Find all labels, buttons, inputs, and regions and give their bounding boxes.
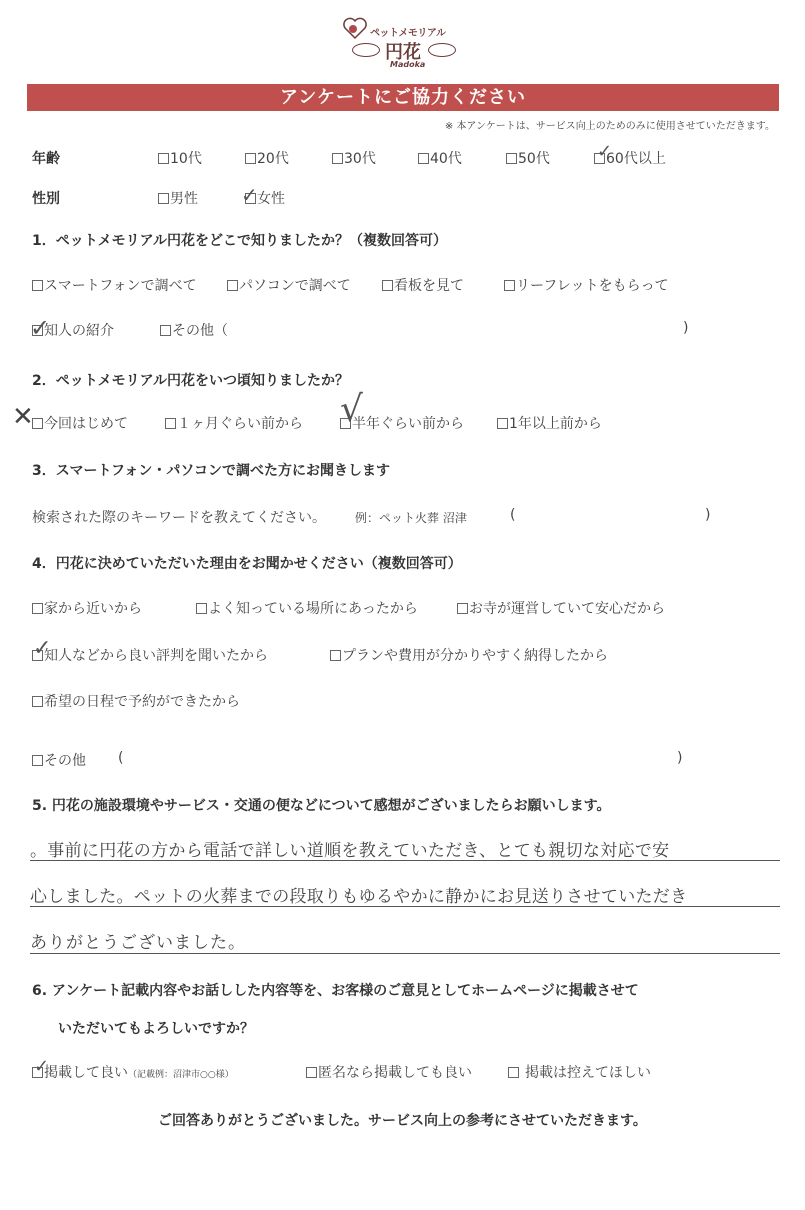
question-5-title: 5. 円花の施設環境やサービス・交通の便などについて感想がございましたらお願いし… <box>32 795 611 815</box>
checkbox[interactable] <box>330 650 341 661</box>
checkbox[interactable] <box>32 280 43 291</box>
handwritten-check-icon: ✓ <box>34 1058 49 1076</box>
q1-other-close-paren: ) <box>683 320 688 336</box>
checkbox[interactable] <box>32 755 43 766</box>
question-3-title: 3．スマートフォン・パソコンで調べた方にお聞きします <box>32 460 390 480</box>
checkbox[interactable] <box>196 603 207 614</box>
handwritten-check-icon: ✓ <box>597 143 612 161</box>
age-option-30s[interactable]: 30代 <box>332 148 376 168</box>
q2-option-1-month[interactable]: １ヶ月ぐらい前から <box>165 413 303 433</box>
q1-option-other[interactable]: その他（ <box>160 320 228 340</box>
checkbox[interactable] <box>158 193 169 204</box>
q1-option-smartphone[interactable]: スマートフォンで調べて <box>32 275 197 295</box>
q4-option-other[interactable]: その他 <box>32 750 86 770</box>
checkbox[interactable] <box>497 418 508 429</box>
age-label: 年齢 <box>32 148 60 168</box>
brand-logo: ペットメモリアル 円花 Madoka <box>340 10 465 72</box>
brand-romaji: Madoka <box>390 60 425 69</box>
privacy-note: ※ 本アンケートは、サービス向上のためのみに使用させていただきます。 <box>445 117 775 132</box>
checkbox[interactable] <box>32 603 43 614</box>
question-6-title-line-1: 6. アンケート記載内容やお話しした内容等を、お客様のご意見としてホームページに… <box>32 980 639 1000</box>
handwritten-check-icon: ✓ <box>241 185 258 205</box>
q3-close-paren: ) <box>705 507 710 523</box>
ornament-left <box>352 43 380 57</box>
ornament-right <box>428 43 456 57</box>
checkbox[interactable] <box>504 280 515 291</box>
q1-option-leaflet[interactable]: リーフレットをもらって <box>504 275 669 295</box>
gender-option-male[interactable]: 男性 <box>158 188 198 208</box>
checkbox[interactable] <box>457 603 468 614</box>
cross-out-mark-icon: ✕ <box>12 404 34 430</box>
checkbox[interactable] <box>158 153 169 164</box>
q6-option-decline[interactable]: 掲載は控えてほしい <box>508 1062 651 1082</box>
handwritten-check-icon: √ <box>340 392 363 428</box>
q4-option-good-reputation[interactable]: 知人などから良い評判を聞いたから <box>32 645 268 665</box>
q4-option-near-home[interactable]: 家から近いから <box>32 598 142 618</box>
handwritten-answer-line-3: ありがとうございました。 <box>30 928 246 953</box>
question-6-title-line-2: いただいてもよろしいですか？ <box>58 1018 254 1038</box>
handwritten-check-icon: ✓ <box>30 316 50 340</box>
q1-option-pc[interactable]: パソコンで調べて <box>227 275 351 295</box>
answer-rule-line <box>30 860 780 861</box>
brand-subtitle: ペットメモリアル <box>370 24 446 39</box>
q6-option-anonymous-ok[interactable]: 匿名なら掲載しても良い <box>306 1062 472 1082</box>
q4-option-preferred-schedule[interactable]: 希望の日程で予約ができたから <box>32 691 240 711</box>
question-2-title: 2．ペットメモリアル円花をいつ頃知りましたか？ <box>32 370 349 390</box>
checkbox[interactable] <box>332 153 343 164</box>
checkbox[interactable] <box>245 153 256 164</box>
q3-prompt: 検索された際のキーワードを教えてください。 <box>32 507 326 527</box>
answer-rule-line <box>30 953 780 954</box>
checkbox[interactable] <box>508 1067 519 1078</box>
q2-option-first-time[interactable]: 今回はじめて <box>32 413 128 433</box>
age-option-50s[interactable]: 50代 <box>506 148 550 168</box>
handwritten-check-icon: ✓ <box>33 638 51 660</box>
q3-open-paren: ( <box>510 507 515 523</box>
checkbox[interactable] <box>32 696 43 707</box>
checkbox[interactable] <box>306 1067 317 1078</box>
q1-option-signboard[interactable]: 看板を見て <box>382 275 464 295</box>
age-option-10s[interactable]: 10代 <box>158 148 202 168</box>
survey-title-banner: アンケートにご協力ください <box>27 84 779 111</box>
q6-option-ok-to-publish[interactable]: 掲載して良い（記載例：沼津市○○様） <box>32 1062 234 1082</box>
handwritten-answer-line-1: 。事前に円花の方から電話で詳しい道順を教えていただき、とても親切な対応で安 <box>30 836 669 861</box>
q4-close-paren: ) <box>677 750 682 766</box>
q4-option-familiar-place[interactable]: よく知っている場所にあったから <box>196 598 418 618</box>
checkbox[interactable] <box>160 325 171 336</box>
q4-option-temple-run[interactable]: お寺が運営していて安心だから <box>457 598 665 618</box>
heart-icon <box>342 16 368 40</box>
q4-open-paren: ( <box>118 750 123 766</box>
age-option-20s[interactable]: 20代 <box>245 148 289 168</box>
thank-you-message: ご回答ありがとうございました。サービス向上の参考にさせていただきます。 <box>0 1110 805 1130</box>
q3-example: 例：ペット火葬 沼津 <box>355 509 467 526</box>
q4-option-clear-pricing[interactable]: プランや費用が分かりやすく納得したから <box>330 645 608 665</box>
checkbox[interactable] <box>165 418 176 429</box>
age-option-40s[interactable]: 40代 <box>418 148 462 168</box>
handwritten-answer-line-2: 心しました。ペットの火葬までの段取りもゆるやかに静かにお見送りさせていただき <box>30 882 687 907</box>
gender-label: 性別 <box>32 188 60 208</box>
answer-rule-line <box>30 906 780 907</box>
keyword-input[interactable] <box>540 507 690 525</box>
checkbox[interactable] <box>382 280 393 291</box>
checkbox[interactable] <box>227 280 238 291</box>
question-1-title: 1．ペットメモリアル円花をどこで知りましたか？（複数回答可） <box>32 230 447 250</box>
question-4-title: 4．円花に決めていただいた理由をお聞かせください（複数回答可） <box>32 553 462 573</box>
checkbox[interactable] <box>506 153 517 164</box>
checkbox[interactable] <box>418 153 429 164</box>
q2-option-over-1-year[interactable]: 1年以上前から <box>497 413 602 433</box>
